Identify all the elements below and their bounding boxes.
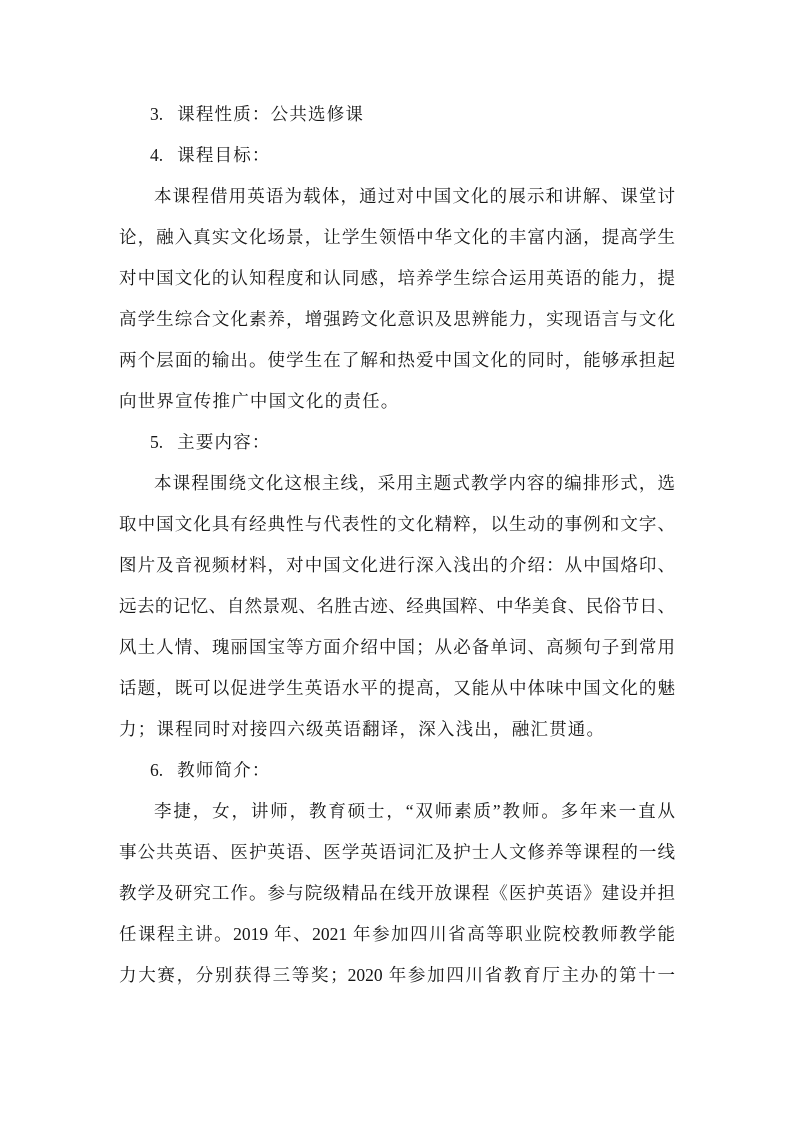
heading-course-objectives: 4.课程目标：: [119, 135, 675, 176]
paragraph-line: 取中国文化具有经典性与代表性的文化精粹，以生动的事例和文字、: [119, 504, 675, 545]
paragraph-line: 图片及音视频材料，对中国文化进行深入浅出的介绍：从中国烙印、: [119, 545, 675, 586]
heading-course-nature: 3.课程性质：公共选修课: [119, 94, 675, 135]
heading-number: 5.: [150, 422, 163, 463]
paragraph-line: 风土人情、瑰丽国宝等方面介绍中国；从必备单词、高频句子到常用: [119, 627, 675, 668]
paragraph-line: 两个层面的输出。使学生在了解和热爱中国文化的同时，能够承担起: [119, 340, 675, 381]
paragraph-line: 向世界宣传推广中国文化的责任。: [119, 381, 675, 422]
paragraph-line: 话题，既可以促进学生英语水平的提高，又能从中体味中国文化的魅: [119, 668, 675, 709]
heading-number: 4.: [150, 135, 163, 176]
paragraph-line: 对中国文化的认知程度和认同感，培养学生综合运用英语的能力，提: [119, 258, 675, 299]
heading-number: 6.: [150, 750, 163, 791]
heading-text: 教师简介：: [177, 760, 271, 780]
page-content: 3.课程性质：公共选修课 4.课程目标： 本课程借用英语为载体，通过对中国文化的…: [119, 94, 675, 996]
paragraph-line: 论，融入真实文化场景，让学生领悟中华文化的丰富内涵，提高学生: [119, 217, 675, 258]
document-page: 3.课程性质：公共选修课 4.课程目标： 本课程借用英语为载体，通过对中国文化的…: [0, 0, 793, 1122]
heading-main-content: 5.主要内容：: [119, 422, 675, 463]
paragraph-line: 事公共英语、医护英语、医学英语词汇及护士人文修养等课程的一线: [119, 832, 675, 873]
paragraph-line: 本课程借用英语为载体，通过对中国文化的展示和讲解、课堂讨: [119, 176, 675, 217]
paragraph-line: 远去的记忆、自然景观、名胜古迹、经典国粹、中华美食、民俗节日、: [119, 586, 675, 627]
heading-number: 3.: [150, 94, 163, 135]
paragraph-line: 力；课程同时对接四六级英语翻译，深入浅出，融汇贯通。: [119, 709, 675, 750]
heading-text: 主要内容：: [177, 432, 271, 452]
paragraph-line: 李捷，女，讲师，教育硕士，“双师素质”教师。多年来一直从: [119, 791, 675, 832]
paragraph-line: 本课程围绕文化这根主线，采用主题式教学内容的编排形式，选: [119, 463, 675, 504]
heading-text: 课程性质：公共选修课: [177, 104, 364, 124]
paragraph-line: 任课程主讲。2019 年、2021 年参加四川省高等职业院校教师教学能: [119, 914, 675, 955]
heading-teacher-intro: 6.教师简介：: [119, 750, 675, 791]
paragraph-line: 教学及研究工作。参与院级精品在线开放课程《医护英语》建设并担: [119, 873, 675, 914]
paragraph-line: 力大赛，分别获得三等奖；2020 年参加四川省教育厅主办的第十一: [119, 955, 675, 996]
paragraph-line: 高学生综合文化素养，增强跨文化意识及思辨能力，实现语言与文化: [119, 299, 675, 340]
heading-text: 课程目标：: [177, 145, 271, 165]
